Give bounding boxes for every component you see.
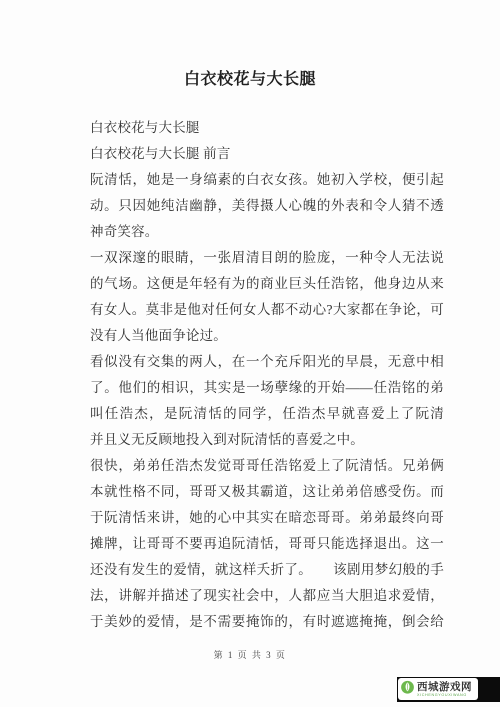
text-line: 本就性格不同，哥哥又极其霸道，这让弟弟倍感受伤。而对	[90, 479, 444, 505]
text-line: 白衣校花与大长腿	[90, 115, 444, 141]
text-line: 于美妙的爱情，是不需要掩饰的，有时遮遮掩掩，倒会给对	[90, 609, 444, 635]
site-logo: 西城游戏网 XICHENGYOUXIWANG	[398, 678, 478, 700]
text-line: 一双深邃的眼睛，一张眉清目朗的脸庞，一种令人无法说不	[90, 245, 444, 271]
document-title: 白衣校花与大长腿	[0, 66, 500, 89]
text-line: 叫任浩杰，是阮清恬的同学，任浩杰早就喜爱上了阮清恬，	[90, 401, 444, 427]
text-line: 动。只因她纯洁幽静，美得摄人心魄的外表和令人猜不透的	[90, 193, 444, 219]
text-line: 摊牌，让哥哥不要再追阮清恬，哥哥只能选择退出。这一段	[90, 531, 444, 557]
text-line: 很快，弟弟任浩杰发觉哥哥任浩铭爱上了阮清恬。兄弟俩原	[90, 453, 444, 479]
site-text: 西城游戏网 XICHENGYOUXIWANG	[417, 681, 476, 698]
text-line: 法，讲解并描述了现实社会中，人都应当大胆追求爱情，由	[90, 583, 444, 609]
text-line: 了。他们的相识，其实是一场孽缘的开始——任浩铭的弟弟	[90, 375, 444, 401]
text-line: 没有人当他面争论过。	[90, 323, 444, 349]
text-line: 还没有发生的爱情，就这样夭折了。 该剧用梦幻般的手	[90, 557, 444, 583]
text-line: 有女人。莫非是他对任何女人都不动心?大家都在争论，可	[90, 297, 444, 323]
text-line: 白衣校花与大长腿 前言	[90, 141, 444, 167]
page-number: 第 1 页 共 3 页	[0, 648, 500, 661]
text-line: 看似没有交集的两人，在一个充斥阳光的早晨，无意中相识	[90, 349, 444, 375]
site-tagline: XICHENGYOUXIWANG	[417, 693, 454, 696]
leaf-icon	[400, 679, 415, 694]
text-line: 于阮清恬来讲，她的心中其实在暗恋哥哥。弟弟最终向哥哥	[90, 505, 444, 531]
site-watermark: 西城游戏网 XICHENGYOUXIWANG	[397, 677, 500, 702]
text-line: 阮清恬，她是一身缟素的白衣女孩。她初入学校，便引起轰	[90, 167, 444, 193]
document-page: 白衣校花与大长腿 白衣校花与大长腿 白衣校花与大长腿 前言 阮清恬，她是一身缟素…	[0, 0, 500, 707]
text-line: 神奇笑容。	[90, 219, 444, 245]
document-body: 白衣校花与大长腿 白衣校花与大长腿 前言 阮清恬，她是一身缟素的白衣女孩。她初入…	[90, 115, 444, 635]
site-name: 西城游戏网	[417, 681, 476, 693]
text-line: 并且义无反顾地投入到对阮清恬的喜爱之中。	[90, 427, 444, 453]
text-line: 的气场。这便是年轻有为的商业巨头任浩铭，他身边从来没	[90, 271, 444, 297]
